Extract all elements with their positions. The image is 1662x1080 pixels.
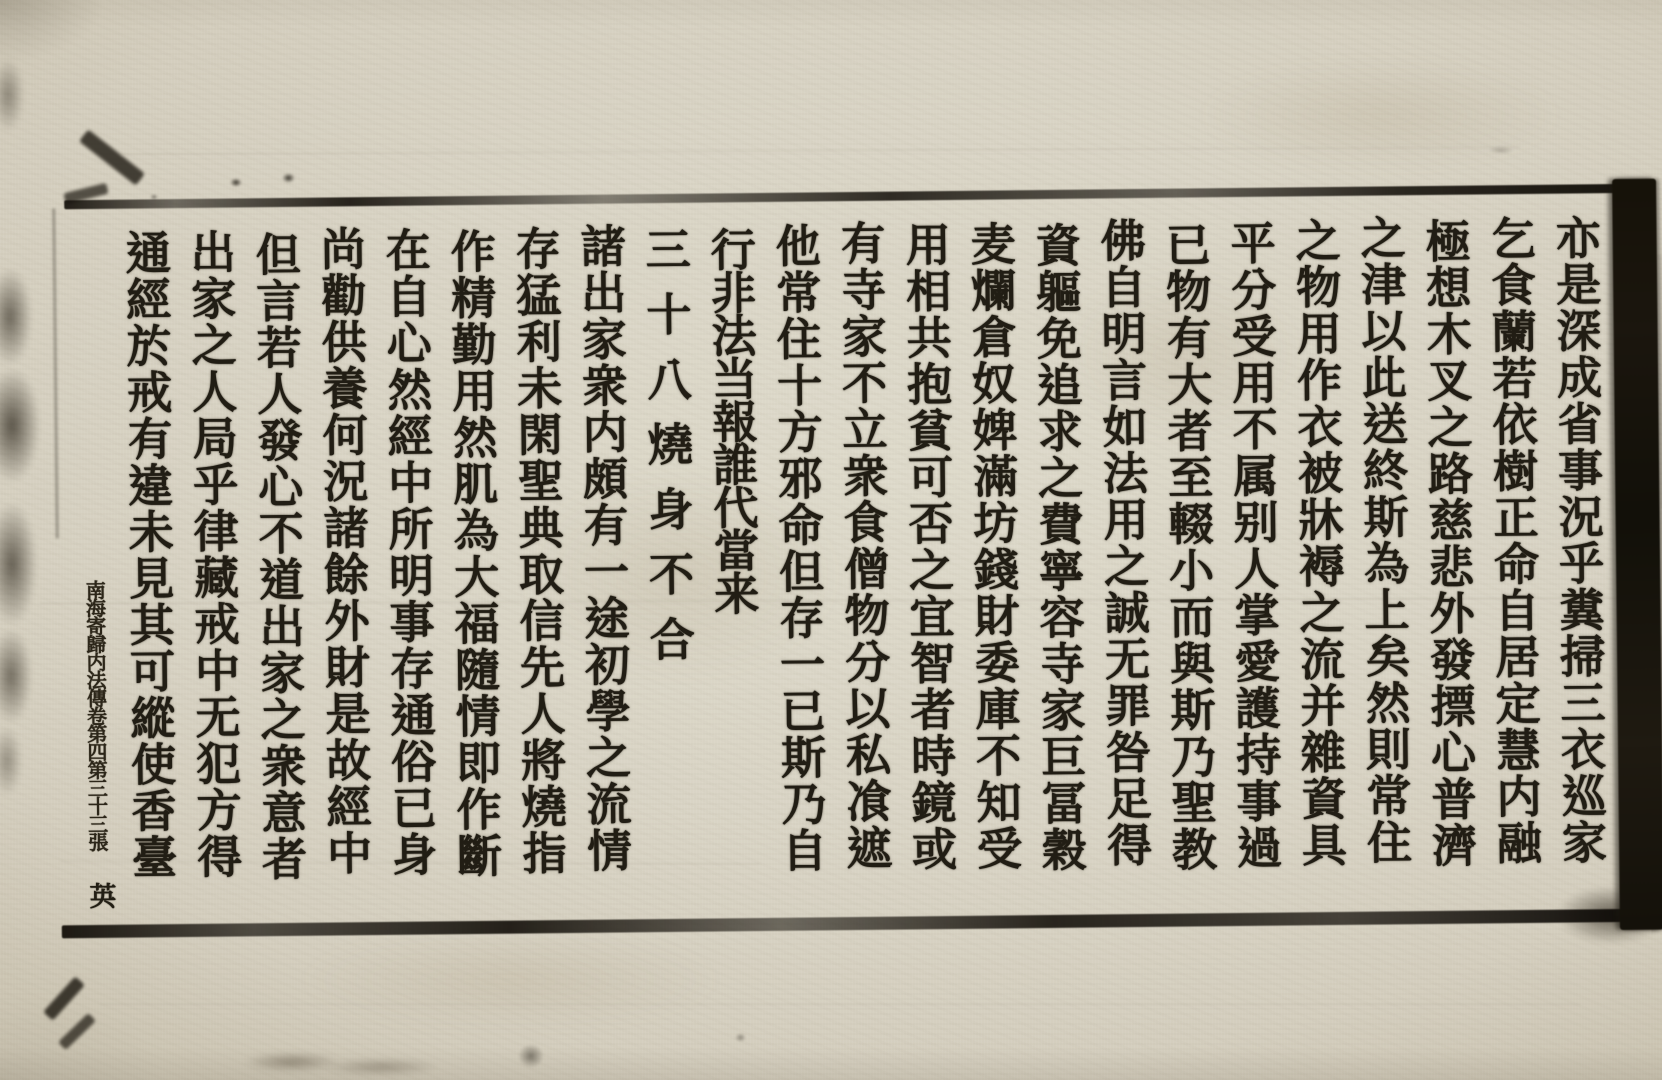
text-column: 佛自明言如法用之誠无罪咎足得 [1086,217,1158,918]
frame-border-left [52,208,58,538]
text-column: 資軀免追求之費寧容寺家巨冨穀 [1021,222,1093,923]
paper-crease [100,1004,1580,1007]
text-column: 行非法当報誰代當来 [696,226,768,927]
ink-smudge [0,368,40,483]
text-column: 已物有大者至輟小而與斯乃聖教 [1151,221,1223,922]
ink-speck [518,1044,544,1068]
ink-speck [282,173,295,183]
paper-stain [1200,60,1560,170]
ink-smudge [0,726,22,796]
ink-speck [1488,146,1514,154]
frame-border-right [1612,179,1662,930]
ink-smudge [58,1013,96,1050]
text-column: 在自心然經中所明事存通俗已身 [371,226,443,927]
ink-speck [735,1033,746,1042]
ink-speck [230,178,242,187]
text-column: 通經於戒有違未見其可縱使香臺 [111,229,183,930]
text-column: 亦是深成省事況乎糞掃三衣巡家 [1541,214,1613,915]
text-column: 他常住十方邪命但存一已斯乃自 [761,222,833,923]
text-column: 麦爛倉奴婢滿坊錢財委庫不知受 [956,220,1028,921]
text-column: 之物用作衣被牀褥之流并雜資具 [1281,217,1353,918]
ink-smudge [244,1052,340,1072]
paper-crease [120,146,1520,156]
frame-border-top [64,184,1652,210]
text-column: 諸出家衆内頗有一途初學之流情 [566,222,638,923]
ink-smudge [0,502,37,626]
text-column: 用相共抱貧可否之宜智者時鏡或 [891,221,963,922]
text-column: 出家之人局乎律藏戒中无犯方得 [176,228,248,929]
text-column: 平分受用不属别人掌愛護持事過 [1216,220,1288,921]
ink-smudge [0,268,32,366]
volume-marker: 英 [80,882,119,909]
paper-stain [300,930,720,1030]
book-title-column: 南海寄歸内法傳卷第四第三十三張 [80,580,112,850]
text-column: 有寺家不立衆食僧物分以私飡遮 [826,220,898,921]
text-column: 作精勤用然肌為大福隨情即作斷 [436,228,508,929]
ink-smudge [79,129,145,185]
ink-smudge [0,58,24,132]
text-column: 乞食蘭若依樹正命自居定慧内融 [1476,215,1548,916]
text-column: 之津以此送終斯為上矣然則常住 [1346,214,1418,915]
manuscript-scan-page: 亦是深成省事況乎糞掃三衣巡家 乞食蘭若依樹正命自居定慧内融 極想木叉之路慈悲外發… [0,0,1662,1080]
text-frame: 亦是深成省事況乎糞掃三衣巡家 乞食蘭若依樹正命自居定慧内融 極想木叉之路慈悲外發… [52,184,1662,939]
ink-smudge [322,1058,440,1076]
ink-smudge [0,628,32,724]
text-column: 尚勸供養何況諸餘外財是故經中 [306,225,378,926]
chapter-heading-column: 三十八燒身不合 [631,226,703,927]
text-column: 但言若人發心不道出家之衆意者 [242,231,314,932]
text-column: 極想木叉之路慈悲外發摽心普濟 [1411,217,1483,918]
ink-smudge [43,976,85,1020]
text-columns: 亦是深成省事況乎糞掃三衣巡家 乞食蘭若依樹正命自居定慧内融 極想木叉之路慈悲外發… [111,214,1613,930]
text-column: 存猛利未閑聖典取信先人將燒指 [501,225,573,926]
